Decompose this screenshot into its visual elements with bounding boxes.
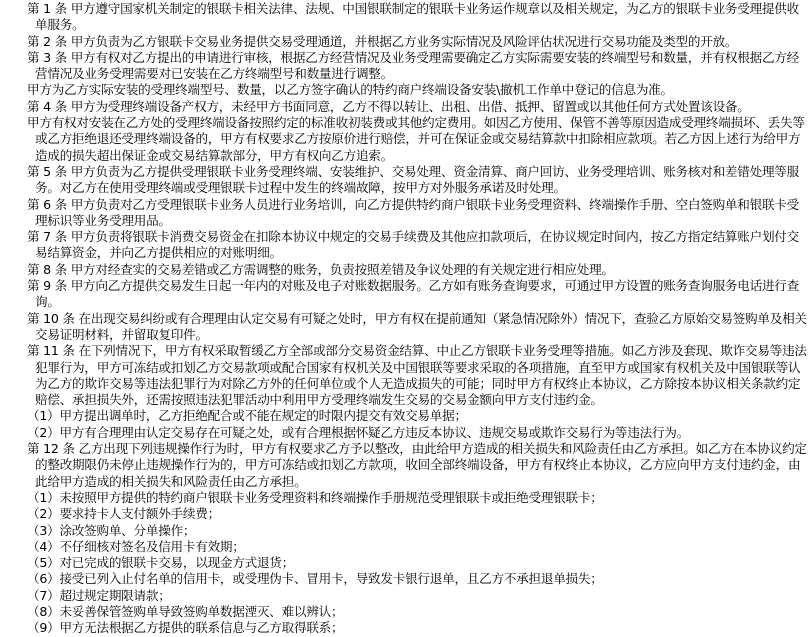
article-12-item-8: （8）未妥善保管签购单导致签购单数据湮灭、难以辨认； (27, 604, 807, 620)
article-5: 第 5 条 甲方负责为乙方提供受理银联卡业务受理终端、安装维护、交易处理、资金清… (27, 164, 807, 197)
article-1: 第 1 条 甲方遵守国家机关制定的银联卡相关法律、法规、中国银联制定的银联卡业务… (27, 1, 807, 34)
article-6: 第 6 条 甲方负责对乙方受理银联卡业务人员进行业务培训，向乙方提供特约商户银联… (27, 197, 807, 230)
article-12-item-2: （2）要求持卡人支付额外手续费； (27, 506, 807, 522)
contract-document: 第 1 条 甲方遵守国家机关制定的银联卡相关法律、法规、中国银联制定的银联卡业务… (27, 1, 807, 627)
article-12-item-6: （6）接受已列入止付名单的信用卡，或受理伪卡、冒用卡，导致发卡银行退单，且乙方不… (27, 571, 807, 587)
article-11: 第 11 条 在下列情况下，甲方有权采取暂缓乙方全部或部分交易资金结算、中止乙方… (27, 343, 807, 408)
article-12: 第 12 条 乙方出现下列违规操作行为时，甲方有权要求乙方予以整改，由此给甲方造… (27, 441, 807, 490)
article-4: 第 4 条 甲方为受理终端设备产权方，未经甲方书面同意，乙方不得以转让、出租、出… (27, 99, 807, 115)
article-9: 第 9 条 甲方向乙方提供交易发生日起一年内的对账及电子对账数据服务。乙方如有账… (27, 278, 807, 311)
article-7: 第 7 条 甲方负责将银联卡消费交易资金在扣除本协议中规定的交易手续费及其他应扣… (27, 229, 807, 262)
article-12-item-9: （9）甲方无法根据乙方提供的联系信息与乙方取得联系； (27, 620, 807, 627)
article-10: 第 10 条 在出现交易纠纷或有合理理由认定交易有可疑之处时，甲方有权在提前通知… (27, 311, 807, 344)
article-8: 第 8 条 甲方对经查实的交易差错或乙方需调整的账务，负责按照差错及争议处理的有… (27, 262, 807, 278)
article-12-item-5: （5）对已完成的银联卡交易，以现金方式退货； (27, 555, 807, 571)
article-3-note: 甲方为乙方实际安装的受理终端型号、数量，以乙方签字确认的特约商户终端设备安装\撤… (27, 82, 807, 98)
article-4-note: 甲方有权对安装在乙方处的受理终端设备按照约定的标准收初装费或其他约定费用。如因乙… (27, 115, 807, 164)
article-12-item-3: （3）涂改签购单、分单操作； (27, 523, 807, 539)
article-2: 第 2 条 甲方负责为乙方银联卡交易业务提供交易受理通道，并根据乙方业务实际情况… (27, 34, 807, 50)
article-12-item-7: （7）超过规定期限请款； (27, 588, 807, 604)
article-12-item-1: （1）未按照甲方提供的特约商户银联卡业务受理资料和终端操作手册规范受理银联卡或拒… (27, 490, 807, 506)
article-11-item-2: （2）甲方有合理理由认定交易存在可疑之处，或有合理根据怀疑乙方违反本协议、违规交… (27, 425, 807, 441)
article-11-item-1: （1）甲方提出调单时，乙方拒绝配合或不能在规定的时限内提交有效交易单据； (27, 408, 807, 424)
article-12-item-4: （4）不仔细核对签名及信用卡有效期； (27, 539, 807, 555)
article-3: 第 3 条 甲方有权对乙方提出的申请进行审核，根据乙方经营情况及业务受理需要确定… (27, 50, 807, 83)
